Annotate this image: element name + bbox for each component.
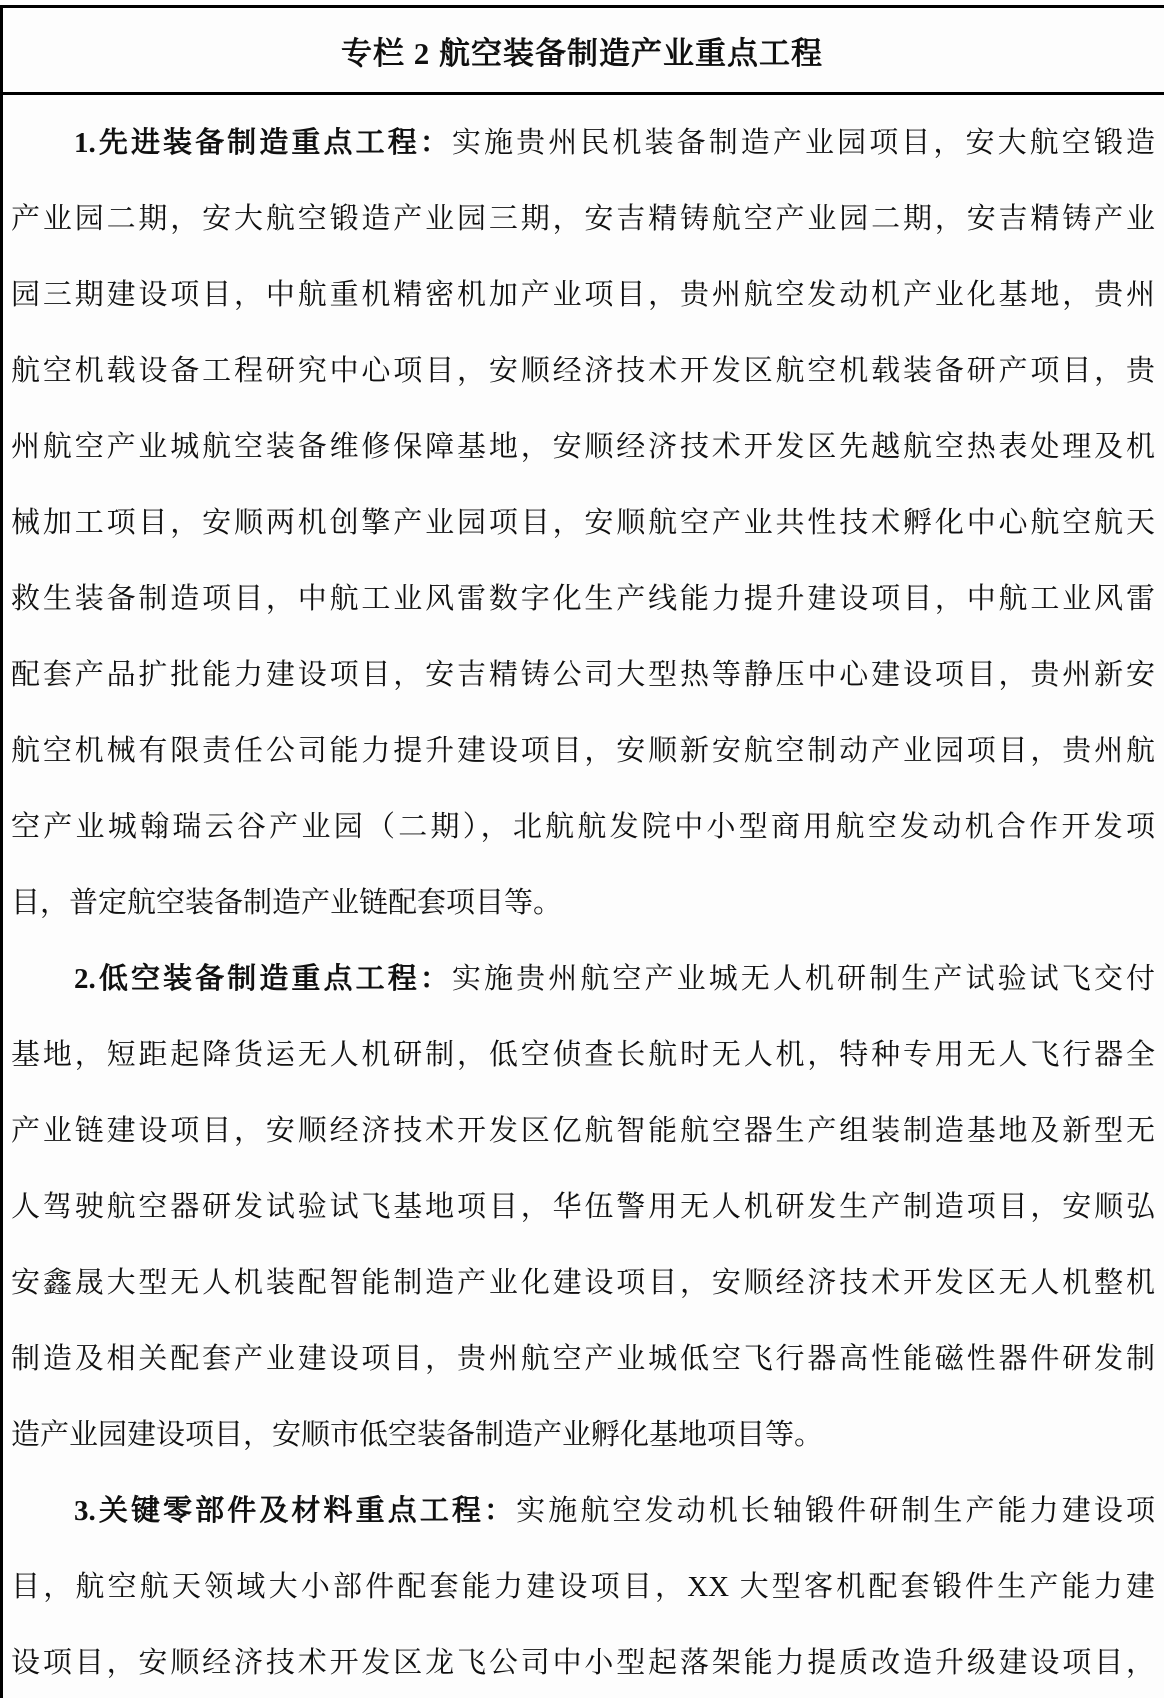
page-left-border — [0, 5, 3, 1698]
text-line: 园三期建设项目，中航重机精密机加产业项目，贵州航空发动机产业化基地，贵州 — [11, 257, 1155, 333]
text-line: 3.关键零部件及材料重点工程：实施航空发动机长轴锻件研制生产能力建设项 — [11, 1473, 1155, 1549]
paragraph-text: 目，航空航天领域大小部件配套能力建设项目，XX 大型客机配套锻件生产能力建 — [11, 1571, 1155, 1603]
text-line: 造产业园建设项目，安顺市低空装备制造产业孵化基地项目等。 — [11, 1397, 1155, 1473]
text-line: 目，普定航空装备制造产业链配套项目等。 — [11, 865, 1155, 941]
column-title-box: 专栏 2 航空装备制造产业重点工程 — [0, 5, 1164, 95]
document-body: 1.先进装备制造重点工程：实施贵州民机装备制造产业园项目，安大航空锻造产业园二期… — [0, 95, 1164, 1698]
paragraph-text: 航空机载设备工程研究中心项目，安顺经济技术开发区航空机载装备研产项目，贵 — [11, 355, 1155, 387]
paragraph-text: 制造及相关配套产业建设项目，贵州航空产业城低空飞行器高性能磁性器件研发制 — [11, 1343, 1155, 1375]
text-line: 航空机械有限责任公司能力提升建设项目，安顺新安航空制动产业园项目，贵州航 — [11, 713, 1155, 789]
paragraph-text: 实施贵州民机装备制造产业园项目，安大航空锻造 — [452, 127, 1155, 159]
paragraph-text: 空产业城翰瑞云谷产业园（二期），北航航发院中小型商用航空发动机合作开发项 — [11, 811, 1155, 843]
text-line: 州航空产业城航空装备维修保障基地，安顺经济技术开发区先越航空热表处理及机 — [11, 409, 1155, 485]
paragraph-heading: 2.低空装备制造重点工程： — [74, 963, 452, 995]
column-title: 专栏 2 航空装备制造产业重点工程 — [341, 28, 823, 73]
text-line: 产业园二期，安大航空锻造产业园三期，安吉精铸航空产业园二期，安吉精铸产业 — [11, 181, 1155, 257]
paragraph-text: 配套产品扩批能力建设项目，安吉精铸公司大型热等静压中心建设项目，贵州新安 — [11, 659, 1155, 691]
text-line: 制造及相关配套产业建设项目，贵州航空产业城低空飞行器高性能磁性器件研发制 — [11, 1321, 1155, 1397]
paragraph-text: 产业链建设项目，安顺经济技术开发区亿航智能航空器生产组装制造基地及新型无 — [11, 1115, 1155, 1147]
paragraph-text: 产业园二期，安大航空锻造产业园三期，安吉精铸航空产业园二期，安吉精铸产业 — [11, 203, 1155, 235]
paragraph-text: 救生装备制造项目，中航工业风雷数字化生产线能力提升建设项目，中航工业风雷 — [11, 583, 1155, 615]
text-line: 人驾驶航空器研发试验试飞基地项目，华伍警用无人机研发生产制造项目，安顺弘 — [11, 1169, 1155, 1245]
text-line: 1.先进装备制造重点工程：实施贵州民机装备制造产业园项目，安大航空锻造 — [11, 105, 1155, 181]
paragraph-text: 人驾驶航空器研发试验试飞基地项目，华伍警用无人机研发生产制造项目，安顺弘 — [11, 1191, 1155, 1223]
paragraph-heading: 1.先进装备制造重点工程： — [74, 127, 452, 159]
text-line: 产业链建设项目，安顺经济技术开发区亿航智能航空器生产组装制造基地及新型无 — [11, 1093, 1155, 1169]
text-line: 配套产品扩批能力建设项目，安吉精铸公司大型热等静压中心建设项目，贵州新安 — [11, 637, 1155, 713]
text-line: 空产业城翰瑞云谷产业园（二期），北航航发院中小型商用航空发动机合作开发项 — [11, 789, 1155, 865]
text-line: 航空机载设备工程研究中心项目，安顺经济技术开发区航空机载装备研产项目，贵 — [11, 333, 1155, 409]
paragraph-text: 安鑫晟大型无人机装配智能制造产业化建设项目，安顺经济技术开发区无人机整机 — [11, 1267, 1155, 1299]
paragraph-text: 州航空产业城航空装备维修保障基地，安顺经济技术开发区先越航空热表处理及机 — [11, 431, 1155, 463]
paragraph-text: 实施航空发动机长轴锻件研制生产能力建设项 — [516, 1495, 1155, 1527]
paragraph-text: 目，普定航空装备制造产业链配套项目等。 — [11, 887, 562, 919]
text-line: 基地，短距起降货运无人机研制，低空侦查长航时无人机，特种专用无人飞行器全 — [11, 1017, 1155, 1093]
paragraph-text: 械加工项目，安顺两机创擎产业园项目，安顺航空产业共性技术孵化中心航空航天 — [11, 507, 1155, 539]
paragraph-text: 设项目，安顺经济技术开发区龙飞公司中小型起落架能力提质改造升级建设项目， — [11, 1647, 1155, 1679]
text-line: 目，航空航天领域大小部件配套能力建设项目，XX 大型客机配套锻件生产能力建 — [11, 1549, 1155, 1625]
text-line: 救生装备制造项目，中航工业风雷数字化生产线能力提升建设项目，中航工业风雷 — [11, 561, 1155, 637]
text-line: 2.低空装备制造重点工程：实施贵州航空产业城无人机研制生产试验试飞交付 — [11, 941, 1155, 1017]
paragraph-text: 园三期建设项目，中航重机精密机加产业项目，贵州航空发动机产业化基地，贵州 — [11, 279, 1155, 311]
paragraph-text: 造产业园建设项目，安顺市低空装备制造产业孵化基地项目等。 — [11, 1419, 823, 1451]
paragraph-text: 航空机械有限责任公司能力提升建设项目，安顺新安航空制动产业园项目，贵州航 — [11, 735, 1155, 767]
paragraph-heading: 3.关键零部件及材料重点工程： — [74, 1495, 516, 1527]
text-line: 安鑫晟大型无人机装配智能制造产业化建设项目，安顺经济技术开发区无人机整机 — [11, 1245, 1155, 1321]
text-line: 设项目，安顺经济技术开发区龙飞公司中小型起落架能力提质改造升级建设项目， — [11, 1625, 1155, 1698]
paragraph-text: 实施贵州航空产业城无人机研制生产试验试飞交付 — [452, 963, 1155, 995]
paragraph-text: 基地，短距起降货运无人机研制，低空侦查长航时无人机，特种专用无人飞行器全 — [11, 1039, 1155, 1071]
document-page: 专栏 2 航空装备制造产业重点工程 1.先进装备制造重点工程：实施贵州民机装备制… — [0, 0, 1164, 1698]
text-line: 械加工项目，安顺两机创擎产业园项目，安顺航空产业共性技术孵化中心航空航天 — [11, 485, 1155, 561]
